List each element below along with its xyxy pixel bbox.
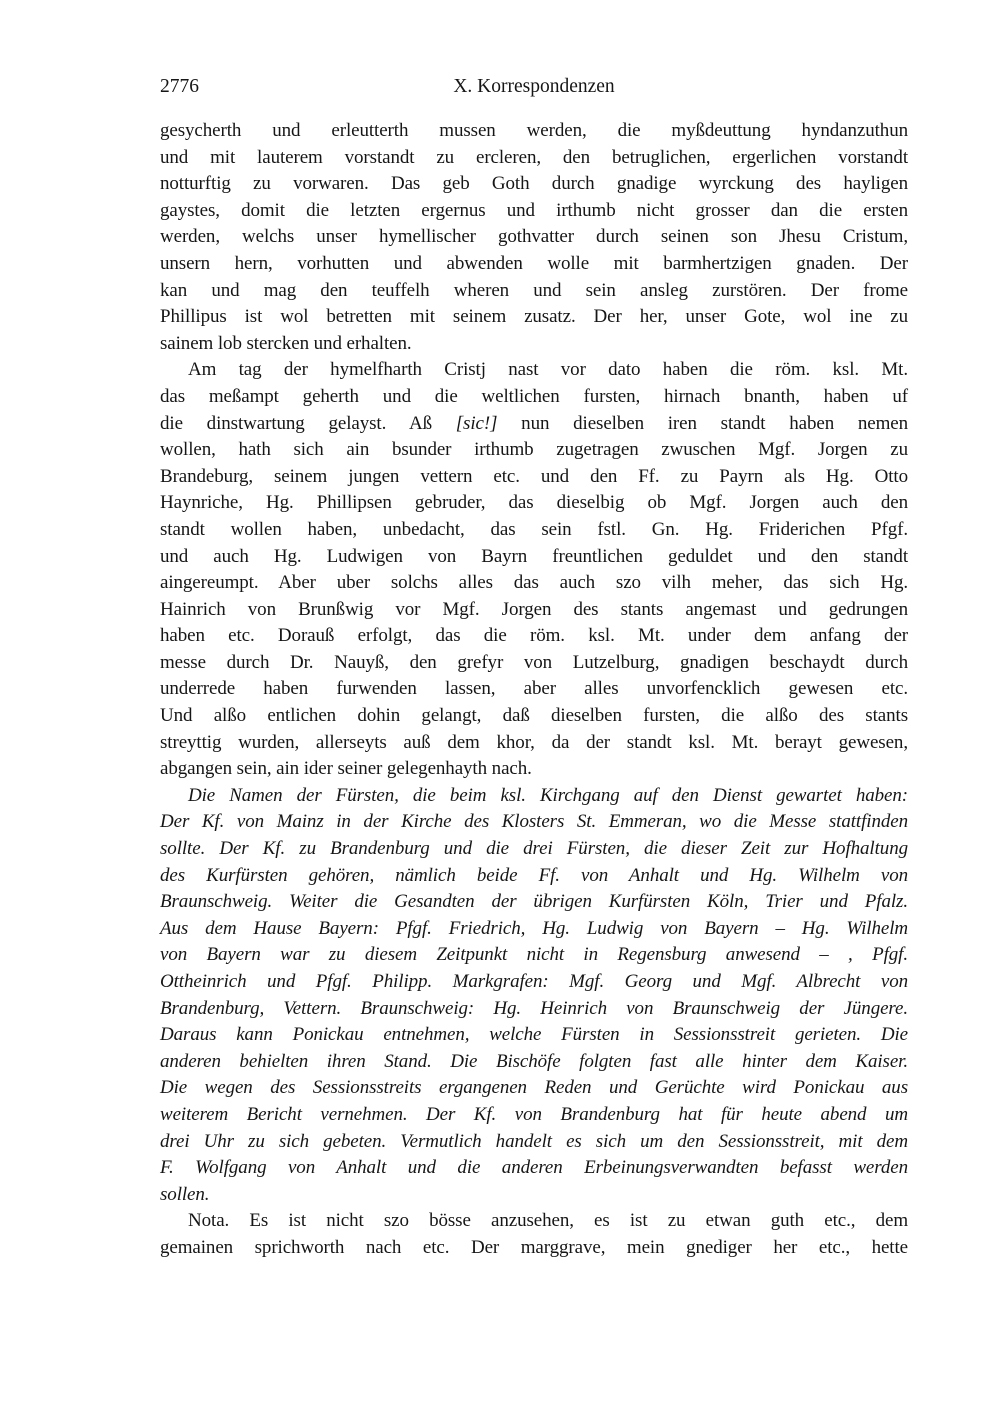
text-line: Die wegen des Sessionsstreits ergangenen…	[160, 1075, 908, 1102]
editorial-commentary: Die Namen der Fürsten, die beim ksl. Kir…	[160, 783, 908, 1209]
text-line: kan und mag den teuffelh wheren und sein…	[160, 278, 908, 305]
text-line: Daraus kann Ponickau entnehmen, welche F…	[160, 1022, 908, 1049]
text-line: Aus dem Hause Bayern: Pfgf. Friedrich, H…	[160, 916, 908, 943]
text-line: sollte. Der Kf. zu Brandenburg und die d…	[160, 836, 908, 863]
text-line: unsern hern, vorhutten und abwenden woll…	[160, 251, 908, 278]
text-line: standt wollen haben, unbedacht, das sein…	[160, 517, 908, 544]
text-line: werden, welchs unser hymellischer gothva…	[160, 224, 908, 251]
text-line: notturftig zu vorwaren. Das geb Goth dur…	[160, 171, 908, 198]
text-line: Hainrich von Brunßwig vor Mgf. Jorgen de…	[160, 597, 908, 624]
text-line: Und alßo entlichen dohin gelangt, daß di…	[160, 703, 908, 730]
text-line: weiterem Bericht vernehmen. Der Kf. von …	[160, 1102, 908, 1129]
text-line: gemainen sprichworth nach etc. Der margg…	[160, 1235, 908, 1262]
text-line: und auch Hg. Ludwigen von Bayrn freuntli…	[160, 544, 908, 571]
text-line: Der Kf. von Mainz in der Kirche des Klos…	[160, 809, 908, 836]
page-number: 2776	[160, 73, 199, 100]
text-line: Braunschweig. Weiter die Gesandten der ü…	[160, 889, 908, 916]
text-line: Am tag der hymelfharth Cristj nast vor d…	[160, 357, 908, 384]
nota-paragraph: Nota. Es ist nicht szo bösse anzusehen, …	[160, 1208, 908, 1261]
text-line: messe durch Dr. Nauyß, den grefyr von Lu…	[160, 650, 908, 677]
text-line: streyttig wurden, allerseyts auß dem kho…	[160, 730, 908, 757]
text-line: von Bayern war zu diesem Zeitpunkt nicht…	[160, 942, 908, 969]
text-line: Brandenburg, Vettern. Braunschweig: Hg. …	[160, 996, 908, 1023]
letter-text-session-report: Am tag der hymelfharth Cristj nast vor d…	[160, 357, 908, 783]
text-line: die dinstwartung gelayst. Aß [sic!] nun …	[160, 411, 908, 438]
text-line: Brandeburg, seinem jungen vettern etc. u…	[160, 464, 908, 491]
running-title: X. Korrespondenzen	[160, 73, 908, 100]
text-line: abgangen sein, ain ider seiner gelegenha…	[160, 756, 908, 783]
text-line: Phillipus ist wol betretten mit seinem z…	[160, 304, 908, 331]
text-line: drei Uhr zu sich gebeten. Vermutlich han…	[160, 1129, 908, 1156]
text-line: das meßampt geherth und die weltlichen f…	[160, 384, 908, 411]
text-line: gesycherth und erleutterth mussen werden…	[160, 118, 908, 145]
text-line: Ottheinrich und Pfgf. Philipp. Markgrafe…	[160, 969, 908, 996]
text-line: F. Wolfgang von Anhalt und die anderen E…	[160, 1155, 908, 1182]
sic-annotation: [sic!]	[456, 413, 498, 434]
text-line: gaystes, domit die letzten ergernus und …	[160, 198, 908, 225]
text-line: sainem lob stercken und erhalten.	[160, 331, 908, 358]
text-line: haben etc. Dorauß erfolgt, das die röm. …	[160, 623, 908, 650]
text-segment: nun dieselben iren standt haben nemen	[497, 413, 908, 434]
body-text: gesycherth und erleutterth mussen werden…	[160, 118, 908, 1262]
text-line: Die Namen der Fürsten, die beim ksl. Kir…	[160, 783, 908, 810]
text-line: des Kurfürsten gehören, nämlich beide Ff…	[160, 863, 908, 890]
text-line: und mit lauterem vorstandt zu ercleren, …	[160, 145, 908, 172]
text-line: aingereumpt. Aber uber solchs alles das …	[160, 570, 908, 597]
text-line: Nota. Es ist nicht szo bösse anzusehen, …	[160, 1208, 908, 1235]
text-line: sollen.	[160, 1182, 908, 1209]
letter-text-continuation: gesycherth und erleutterth mussen werden…	[160, 118, 908, 357]
page-header: 2776 X. Korrespondenzen	[160, 73, 908, 100]
text-segment: die dinstwartung gelayst. Aß	[160, 413, 456, 434]
text-line: anderen behielten ihren Stand. Die Bisch…	[160, 1049, 908, 1076]
text-line: Haynriche, Hg. Phillipsen gebruder, das …	[160, 490, 908, 517]
book-page: 2776 X. Korrespondenzen gesycherth und e…	[0, 0, 1004, 1418]
text-line: underrede haben furwenden lassen, aber a…	[160, 676, 908, 703]
text-block: 2776 X. Korrespondenzen gesycherth und e…	[160, 73, 908, 1262]
text-line: wollen, hath sich ain bsunder irthumb zu…	[160, 437, 908, 464]
